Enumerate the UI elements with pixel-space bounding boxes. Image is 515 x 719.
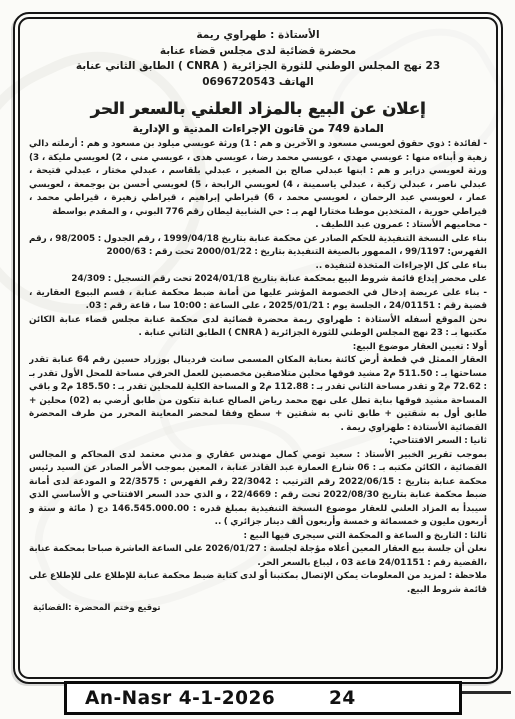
- scanned-auction-announcement: الأستاذة : طهراوي ريمة محضرة قضائية لدى …: [0, 0, 515, 719]
- legal-article-reference: المادة 749 من قانون الإجراءات المدنية و …: [29, 123, 487, 135]
- property-description-paragraph: العقار الممثل في قطعة أرض كائنة بعنابة ا…: [29, 354, 487, 435]
- sale-session-paragraph: نعلن أن جلسة بيع العقار المعين أعلاه مؤج…: [29, 543, 487, 570]
- scan-line-artifact: [459, 691, 511, 694]
- page-number: 24: [329, 688, 356, 709]
- bailiff-name: الأستاذة : طهراوي ريمة: [29, 28, 487, 44]
- expert-report-paragraph: بموجب تقرير الخبير الأستاذ : سعيد تومي ك…: [29, 449, 487, 530]
- procedures-paragraph: بناء على كل الإجراءات المتخذة لتنفيذه ..: [29, 260, 487, 274]
- office-header: الأستاذة : طهراوي ريمة محضرة قضائية لدى …: [29, 23, 487, 90]
- document-border-outer: الأستاذة : طهراوي ريمة محضرة قضائية لدى …: [13, 12, 503, 684]
- section-two-heading: ثانيا : السعر الافتتاحي:: [29, 435, 487, 449]
- deposit-report-paragraph: على محضر إيداع قائمة شروط البيع بمحكمة ع…: [29, 273, 487, 287]
- newspaper-footer: An-Nasr 4-1-2026 24: [64, 681, 462, 715]
- bailiff-function: محضرة قضائية لدى مجلس قضاء عنابة: [29, 44, 487, 60]
- note-paragraph: ملاحظة : لمزيد من المعلومات يمكن الإتصال…: [29, 570, 487, 597]
- beneficiaries-paragraph: - لفائدة : ذوي حقوق لعويسي مسعود و الآخر…: [29, 138, 487, 219]
- newspaper-name-date: An-Nasr 4-1-2026: [85, 688, 275, 709]
- section-one-heading: أولا : تعيين العقار موضوع البيع:: [29, 341, 487, 355]
- document-border-inner: الأستاذة : طهراوي ريمة محضرة قضائية لدى …: [18, 17, 498, 679]
- document-content: الأستاذة : طهراوي ريمة محضرة قضائية لدى …: [29, 23, 487, 673]
- bailiff-declaration-paragraph: نحن الموقع أسفله الأستاذة : طهراوي ريمة …: [29, 314, 487, 341]
- announcement-body: - لفائدة : ذوي حقوق لعويسي مسعود و الآخر…: [29, 138, 487, 597]
- section-three-heading: ثالثا : التاريخ و الساعة و المحكمة التي …: [29, 530, 487, 544]
- executive-copy-paragraph: بناء على النسخة التنفيذية للحكم الصادر ع…: [29, 233, 487, 260]
- office-address: 23 نهج المجلس الوطني للثورة الجزائرية ( …: [29, 59, 487, 75]
- lawyer-paragraph: - محاميهم الأستاذ : عمرون عبد اللطيف .: [29, 219, 487, 233]
- office-phone: الهاتف 0696720543: [29, 75, 487, 91]
- announcement-title: إعلان عن البيع بالمزاد العلني بالسعر الح…: [29, 99, 487, 118]
- signature-line: توقيع وختم المحضرة :القضائية: [33, 602, 473, 612]
- petition-paragraph: - بناء على عريضة إدخال في الخصومة المؤشر…: [29, 287, 487, 314]
